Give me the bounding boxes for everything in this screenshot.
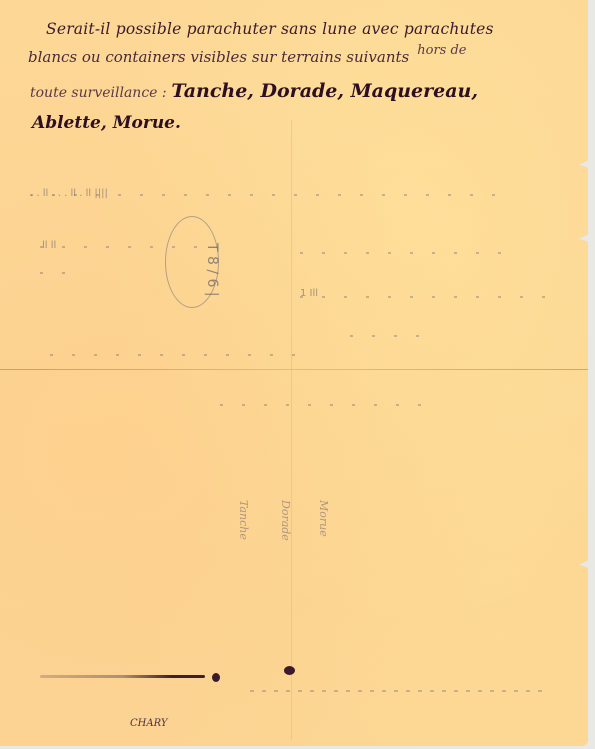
- vertical-pencil-word-1: Tanche: [237, 500, 250, 540]
- handwritten-line-2: blancs ou containers visibles sur terrai…: [28, 48, 466, 66]
- ink-blot: [284, 666, 295, 675]
- handwritten-line-3: toute surveillance : Tanche, Dorade, Maq…: [30, 80, 478, 102]
- faint-pencil-row: [220, 404, 440, 406]
- oval-annotation-text: T 8 / 6 |: [204, 243, 220, 297]
- edge-tear: [579, 560, 588, 568]
- ink-dash-stroke: [40, 675, 205, 678]
- vertical-pencil-word-2: Dorade: [279, 500, 292, 541]
- handwritten-line-4: Ablette, Morue.: [32, 113, 181, 133]
- ink-blot: [212, 673, 220, 682]
- edge-tear: [579, 234, 588, 242]
- faint-pencil-row: [300, 296, 560, 298]
- faint-pencil-row: [50, 354, 310, 356]
- faint-pencil-row: [350, 335, 420, 337]
- horizontal-fold-crease: [0, 369, 588, 370]
- faint-pencil-row: [300, 252, 520, 254]
- letter-page: Serait-il possible parachuter sans lune …: [0, 0, 588, 746]
- vertical-fold-crease: [291, 120, 292, 740]
- faint-dotted-line: [250, 690, 550, 692]
- faint-pencil-row: [40, 272, 80, 274]
- faint-pencil-marks-2: ll ll: [42, 240, 56, 251]
- vertical-pencil-word-3: Morue: [317, 500, 330, 537]
- faint-pencil-marks-3: 1 Ill: [300, 288, 318, 299]
- faint-pencil-marks-1: . . ll . . . ll . ll ||||: [30, 188, 108, 199]
- line-3-code-names: Tanche, Dorade, Maquereau,: [171, 80, 478, 102]
- line-3-prefix: toute surveillance :: [30, 85, 167, 101]
- scan-canvas: Serait-il possible parachuter sans lune …: [0, 0, 595, 749]
- edge-tear: [579, 160, 588, 168]
- signature: CHARY: [130, 718, 167, 729]
- handwritten-line-1: Serait-il possible parachuter sans lune …: [46, 20, 494, 38]
- line-2-superscript: hors de: [417, 43, 466, 58]
- line-2-text: blancs ou containers visibles sur terrai…: [28, 48, 409, 66]
